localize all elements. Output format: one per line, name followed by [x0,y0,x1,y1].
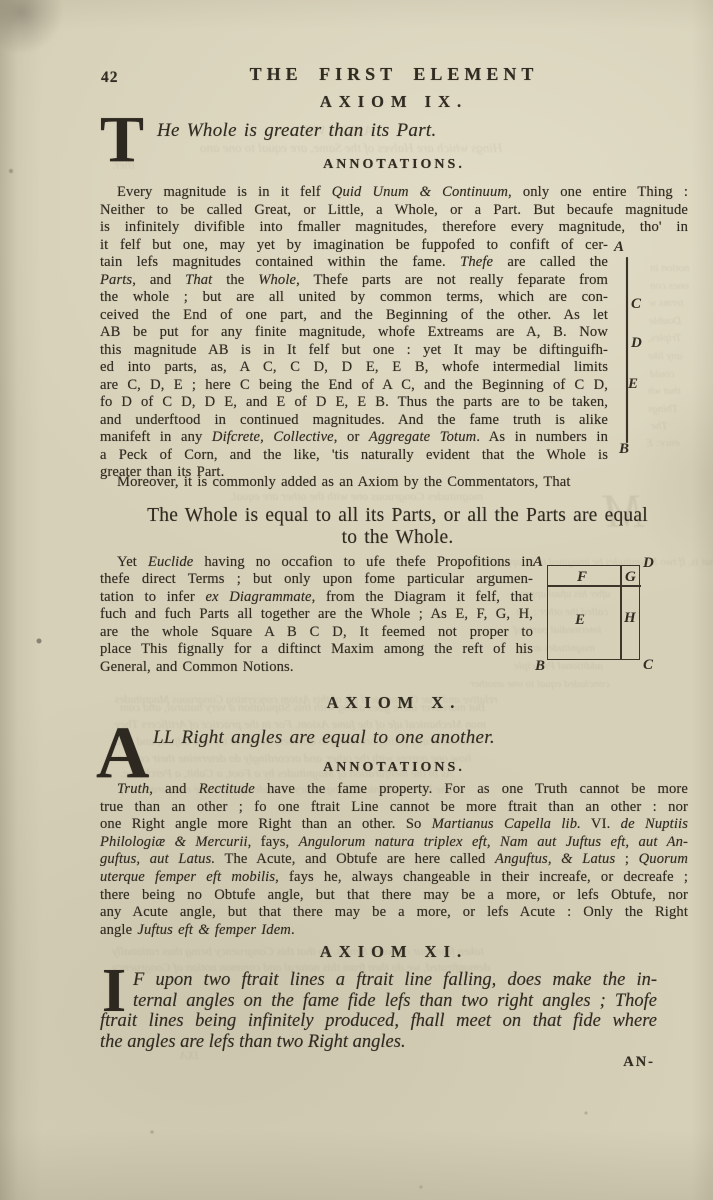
square-corner-c: C [643,658,653,673]
text-line: fo D of C D, D E, and E of D E, E B. Thu… [100,394,608,412]
text-line: true than an other ; fo one ftrait Line … [100,799,688,817]
axiom9-paragraph-narrow: it felf but one, may yet by imagination … [100,237,608,482]
text-line: there being no Obtufe angle, but that th… [100,887,688,905]
axiom10-annotations-heading: ANNOTATIONS. [100,760,688,776]
text-line: are C, D, E ; here C being the End of A … [100,377,608,395]
bleed-through-text: concluded equal to one another [470,678,609,690]
text-line: fuch and fuch Parts all together are the… [100,606,533,624]
bleed-through-text: could [650,368,674,380]
text-line: tain lefs magnitudes contained within th… [100,254,608,272]
bleed-through-text: terms w [649,297,684,309]
square-corner-d: D [643,556,654,571]
text-line: Yet Euclide having no occafion to ufe th… [100,554,533,572]
text-line: AB be put for any finite magnitude, whof… [100,324,608,342]
text-line: Every magnitude is in it felf Quid Unum … [100,184,688,202]
axiom10-paragraph: Truth, and Rectitude have the fame prope… [100,781,688,939]
square-corner-a: A [533,555,543,570]
text-line: uterque femper eft mobilis, fays he, alw… [100,869,688,887]
bleed-through-text: ones con [650,280,689,292]
line-diagram-label-c: C [631,297,641,312]
text-line: ceived the End of one part, and the Begi… [100,307,608,325]
text-line: one Right angle more Right than an other… [100,816,688,834]
whole-equal-heading-line2: to the Whole. [100,527,695,549]
bleed-through-text: Triples, [648,332,681,344]
text-line: Parts, and That the Whole, Thefe parts a… [100,272,608,290]
text-line: this magnitude AB is in It felf but one … [100,342,608,360]
text-line: is infinitely divifible into fmaller mag… [100,219,688,237]
text-line: thefe direct Terms ; but only upon fome … [100,571,533,589]
axiom10-heading: AXIOM X. [100,693,688,713]
axiom9-annotations-heading: ANNOTATIONS. [100,157,688,173]
line-diagram-label-a: A [614,240,624,255]
bleed-through-text: magnitudes Congruous one with the other … [230,489,483,504]
text-line: ed into parts, as, A C, C D, D E, E B, w… [100,359,608,377]
text-line: any Acute angle, but that there may be a… [100,904,688,922]
book-page-scan: AXIOM VIII.Hings which are Halves of the… [0,0,713,1200]
text-line: Truth, and Rectitude have the fame prope… [100,781,688,799]
catchword: AN- [555,1054,655,1071]
text-line: a Peck of Corn, and the like, 'tis natur… [100,447,608,465]
bleed-through-text: notion in [650,262,689,274]
text-line: the whole ; but are all united by common… [100,289,608,307]
square-cell-g: G [625,570,636,585]
text-line: tation to infer ex Diagrammate, from the… [100,589,533,607]
axiom9-paragraph2: Yet Euclide having no occafion to ufe th… [100,554,533,677]
text-line: place This fignally for a diftinct Maxim… [100,641,533,659]
square-corner-b: B [535,659,545,674]
text-line: F upon two ftrait lines a ftrait line fa… [100,970,657,991]
bleed-through-text: ence: E [646,437,679,449]
whole-equal-heading-line1: The Whole is equal to all its Parts, or … [100,505,695,527]
line-diagram-label-d: D [631,336,642,351]
bleed-through-text: Double [649,315,681,327]
text-line: ftrait lines being infinitely produced, … [100,1011,657,1032]
axiom9-moreover-line: Moreover, it is commonly added as an Axi… [100,474,640,492]
text-line: guftus, aut Latus. The Acute, and Obtufe… [100,851,688,869]
axiom9-statement: He Whole is greater than its Part. [157,120,647,142]
axiom9-paragraph-full: Every magnitude is in it felf Quid Unum … [100,184,688,237]
text-line: manifeft in any Difcrete, Collective, or… [100,429,608,447]
line-diagram-label-b: B [619,442,629,457]
running-header: THE FIRST ELEMENT [100,64,688,85]
whole-equal-heading: The Whole is equal to all its Parts, or … [100,505,695,548]
axiom9-heading: AXIOM IX. [100,92,688,112]
square-cell-e: E [575,613,585,628]
text-line: Moreover, it is commonly added as an Axi… [100,474,640,492]
square-cell-f: F [577,570,587,585]
text-line: General, and Common Notions. [100,659,533,677]
bleed-through-text: that wh [648,385,681,397]
line-diagram-label-e: E [628,377,638,392]
text-line: Neither to be called Great, or Little, a… [100,202,688,220]
text-line: are the whole Square A B C D, It feemed … [100,624,533,642]
line-diagram-segment [626,257,628,443]
paper-specks [0,0,2,2]
axiom11-heading: AXIOM XI. [100,942,688,962]
axiom10-statement: LL Right angles are equal to one another… [153,727,653,749]
text-line: ternal angles on the fame fide lefs than… [100,991,657,1012]
square-diagram-vertical-divider [620,565,622,660]
square-diagram-horizontal-divider [547,585,641,587]
text-line: the angles are lefs than two Right angle… [100,1032,657,1053]
axiom10-drop-cap: A [96,716,149,790]
bleed-through-text: Hings which are Halves of the Same, are … [200,140,502,156]
bleed-through-text: Things [648,403,678,415]
bleed-through-text: any like [648,350,683,362]
text-line: Philologiæ & Mercurii, fays, Angulorum n… [100,834,688,852]
text-line: angle Juftus eft & femper Idem. [100,922,688,940]
bleed-through-text: The [651,420,668,432]
text-line: and underftood in continued magnitudes. … [100,412,608,430]
square-cell-h: H [624,611,636,626]
text-line: it felf but one, may yet by imagination … [100,237,608,255]
axiom11-statement: F upon two ftrait lines a ftrait line fa… [100,970,657,1052]
